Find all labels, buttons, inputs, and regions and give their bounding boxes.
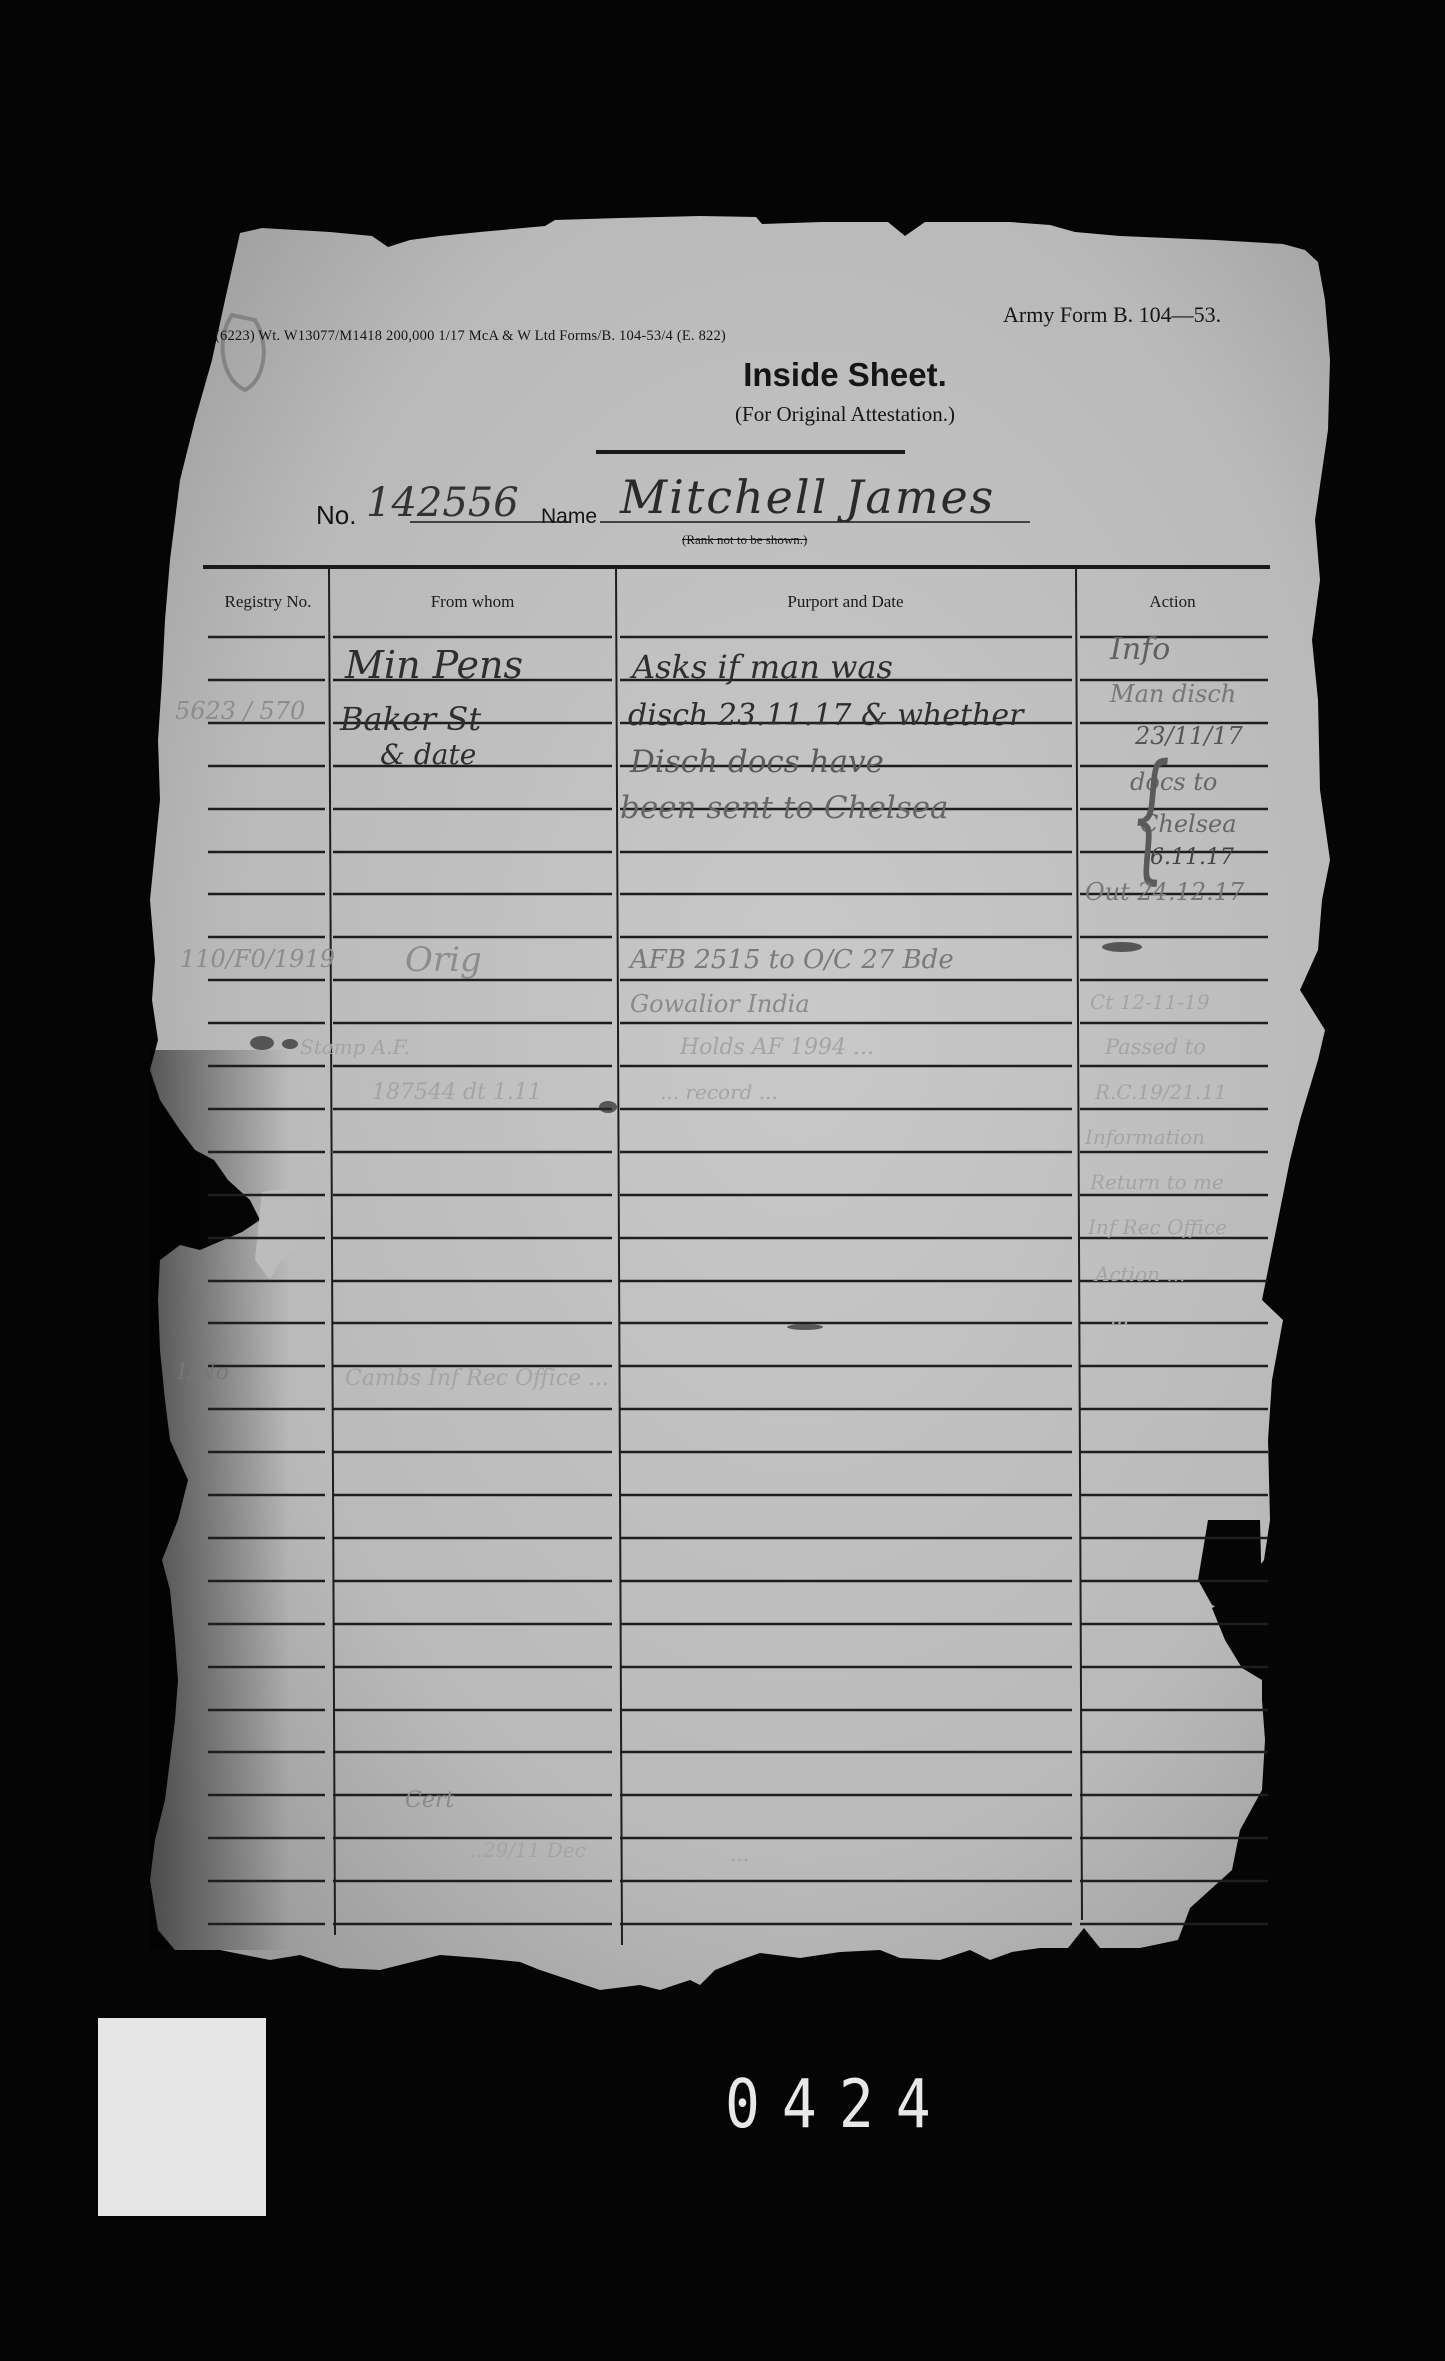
document-sheet: (6223) Wt. W13077/M1418 200,000 1/17 McA…	[0, 0, 1445, 2361]
entry-3-action-line-2: Passed to	[1105, 1035, 1206, 1059]
entry-3-action-line-6: Inf Rec Office	[1088, 1215, 1227, 1239]
number-label: No.	[316, 500, 356, 531]
entry-1-from-line-1: Min Pens	[345, 643, 523, 687]
entry-3-from-line-3: Stamp A.F.	[300, 1035, 410, 1059]
entry-3-purport-line-4: ... record ...	[660, 1080, 778, 1104]
soldier-name: Mitchell James	[620, 470, 995, 524]
entry-5-purport: ...	[730, 1842, 749, 1866]
calibration-card	[98, 2018, 266, 2216]
entry-1-purport-line-1: Asks if man was	[632, 648, 893, 686]
entry-3-action-line-7: Action ...	[1095, 1262, 1185, 1286]
form-number: Army Form B. 104—53.	[1003, 302, 1221, 328]
entry-4-from: Cambs Inf Rec Office ...	[345, 1366, 609, 1391]
entry-5-from-line-1: Cert	[405, 1788, 454, 1813]
entry-3-action-line-3: R.C.19/21.11	[1095, 1080, 1227, 1104]
service-number: 142556	[366, 480, 519, 526]
entry-1-action-line-1: Info	[1110, 632, 1170, 667]
entry-4-registry: 1/No	[175, 1360, 229, 1385]
bracket-mark: {	[1130, 735, 1170, 898]
header-action: Action	[1075, 592, 1270, 612]
entry-3-action-line-4: Information	[1085, 1125, 1205, 1149]
entry-3-action-line-8: ...	[1110, 1305, 1129, 1329]
frame-number: 0424	[725, 2065, 953, 2143]
entry-1-from-line-3: & date	[380, 738, 476, 771]
entry-1-purport-line-2: disch 23.11.17 & whether	[628, 698, 1023, 733]
entry-1-purport-line-4: been sent to Chelsea	[620, 790, 949, 826]
entry-5-from-line-2: ..29/11 Dec	[470, 1838, 586, 1862]
header-registry-no: Registry No.	[203, 592, 333, 612]
entry-3-from-line-4: 187544 dt 1.11	[372, 1080, 542, 1105]
entry-3-action-line-5: Return to me	[1090, 1170, 1224, 1194]
entry-3-purport-line-1: AFB 2515 to O/C 27 Bde	[630, 945, 954, 975]
entry-2-action: Out 24.12.17	[1085, 878, 1244, 906]
entry-3-registry: 110/F0/1919	[180, 945, 335, 973]
paper-background	[0, 0, 1445, 2361]
page-title: Inside Sheet.	[560, 356, 1130, 394]
page-subtitle: (For Original Attestation.)	[560, 402, 1130, 427]
entry-3-purport-line-2: Gowalior India	[630, 990, 810, 1018]
entry-1-purport-line-3: Disch docs have	[630, 744, 884, 780]
header-purport-and-date: Purport and Date	[618, 592, 1073, 612]
printer-line: (6223) Wt. W13077/M1418 200,000 1/17 McA…	[215, 328, 726, 345]
entry-1-registry: 5623 / 570	[175, 697, 305, 725]
entry-3-purport-line-3: Holds AF 1994 ...	[680, 1035, 874, 1060]
entry-1-from-line-2: Baker St	[340, 700, 481, 738]
entry-3-from-line-1: Orig	[405, 940, 482, 980]
name-label: Name	[541, 505, 597, 529]
header-from-whom: From whom	[330, 592, 615, 612]
entry-1-action-line-2: Man disch	[1110, 680, 1236, 708]
rank-note: (Rank not to be shown.)	[682, 532, 807, 548]
entry-3-action-line-1: Ct 12-11-19	[1090, 990, 1210, 1014]
